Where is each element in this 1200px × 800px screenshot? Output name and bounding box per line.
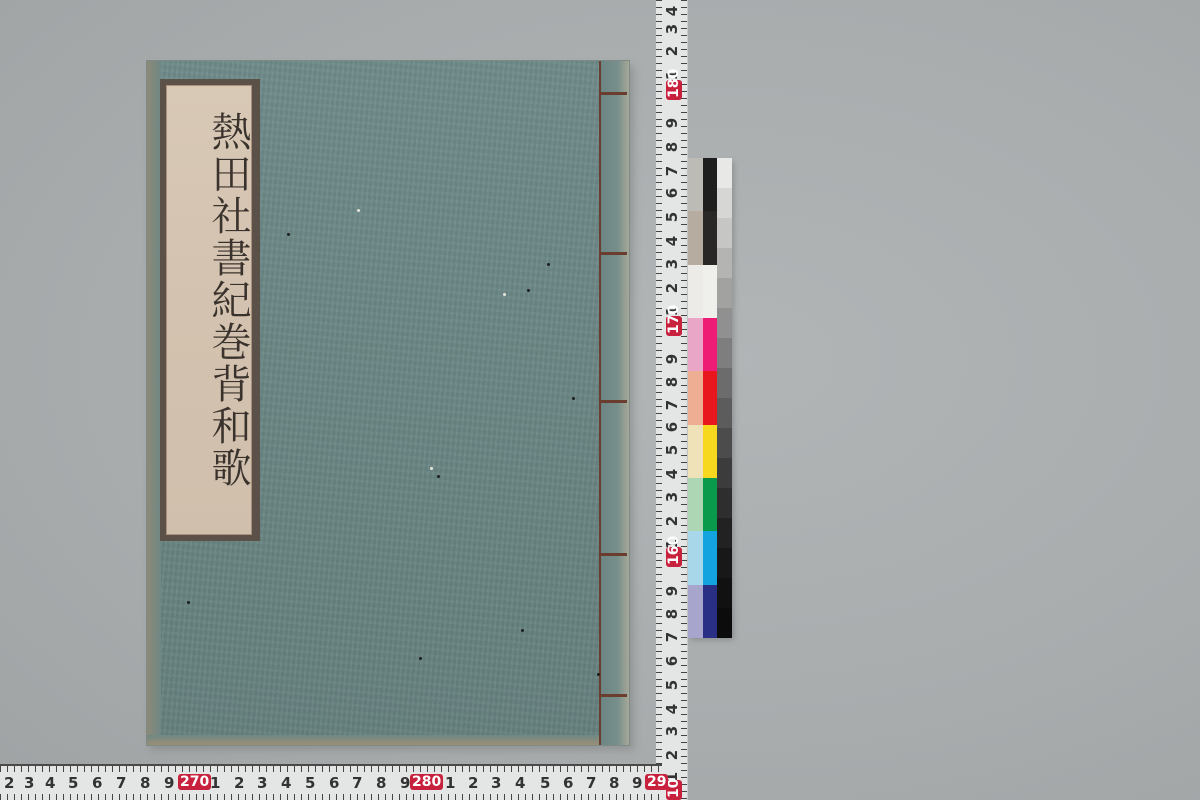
ruler-label: 5 bbox=[305, 774, 315, 792]
ruler-label: 3 bbox=[491, 774, 501, 792]
color-patch bbox=[703, 531, 717, 584]
ruler-label: 270 bbox=[178, 774, 211, 790]
gray-patch bbox=[717, 518, 732, 548]
gray-patch bbox=[717, 548, 732, 578]
ruler-label: 7 bbox=[352, 774, 362, 792]
ruler-label: 8 bbox=[376, 774, 386, 792]
ruler-label: 4 bbox=[515, 774, 525, 792]
ruler-label: 9 bbox=[663, 115, 681, 131]
speck bbox=[430, 467, 433, 470]
gray-patch bbox=[717, 338, 732, 368]
gray-patch bbox=[717, 158, 732, 188]
ruler-label: 3 bbox=[663, 21, 681, 37]
ruler-label: 2 bbox=[663, 747, 681, 763]
ruler-label: 9 bbox=[632, 774, 642, 792]
binding-strip bbox=[601, 61, 629, 745]
ruler-label: 4 bbox=[663, 466, 681, 482]
gray-patch bbox=[717, 608, 732, 638]
ruler-label: 9 bbox=[164, 774, 174, 792]
speck bbox=[357, 209, 360, 212]
color-patch bbox=[688, 158, 703, 211]
color-patch bbox=[703, 371, 717, 424]
ruler-label: 3 bbox=[257, 774, 267, 792]
title-slip: 熱田社書紀巻背和歌 bbox=[166, 85, 252, 535]
ruler-label: 6 bbox=[663, 653, 681, 669]
ruler-label: 10 bbox=[666, 780, 682, 800]
gray-patch bbox=[717, 308, 732, 338]
ruler-label: 170 bbox=[666, 316, 682, 336]
color-patch bbox=[688, 211, 703, 264]
speck bbox=[287, 233, 290, 236]
ruler-label: 8 bbox=[663, 139, 681, 155]
binding-stitch bbox=[599, 252, 627, 255]
binding-thread bbox=[599, 61, 601, 745]
ruler-label: 6 bbox=[92, 774, 102, 792]
ruler-label: 8 bbox=[609, 774, 619, 792]
ruler-label: 2 bbox=[234, 774, 244, 792]
ruler-label: 180 bbox=[666, 80, 682, 100]
ruler-label: 1 bbox=[445, 774, 455, 792]
vertical-ruler: 4321180987654321170987654321160987654321… bbox=[656, 0, 688, 800]
speck bbox=[437, 475, 440, 478]
speck bbox=[419, 657, 422, 660]
color-patch bbox=[688, 478, 703, 531]
binding-stitch bbox=[599, 694, 627, 697]
color-patch bbox=[703, 478, 717, 531]
binding-stitch bbox=[599, 92, 627, 95]
ruler-label: 5 bbox=[663, 677, 681, 693]
color-patch bbox=[703, 265, 717, 318]
speck bbox=[187, 601, 190, 604]
binding-stitch bbox=[599, 553, 627, 556]
speck bbox=[521, 629, 524, 632]
gray-patch bbox=[717, 578, 732, 608]
ruler-label: 8 bbox=[663, 374, 681, 390]
ruler-label: 5 bbox=[663, 442, 681, 458]
gray-patch bbox=[717, 278, 732, 308]
ruler-label: 3 bbox=[24, 774, 34, 792]
book-title: 熱田社書紀巻背和歌 bbox=[167, 100, 251, 500]
color-patch bbox=[703, 158, 717, 211]
gray-patch bbox=[717, 398, 732, 428]
ruler-label: 6 bbox=[663, 185, 681, 201]
ruler-label: 4 bbox=[281, 774, 291, 792]
speck bbox=[547, 263, 550, 266]
ruler-label: 9 bbox=[663, 351, 681, 367]
color-patch bbox=[688, 585, 703, 638]
color-patch bbox=[703, 585, 717, 638]
ruler-label: 4 bbox=[663, 3, 681, 19]
color-patch bbox=[688, 371, 703, 424]
ruler-label: 29 bbox=[645, 774, 668, 790]
ruler-label: 9 bbox=[663, 583, 681, 599]
ruler-label: 1 bbox=[210, 774, 220, 792]
gray-patch bbox=[717, 458, 732, 488]
color-patch bbox=[703, 425, 717, 478]
binding-stitch bbox=[599, 400, 627, 403]
ruler-label: 9 bbox=[400, 774, 410, 792]
book-bottom-edge bbox=[147, 735, 629, 745]
gray-patch bbox=[717, 368, 732, 398]
gray-patch bbox=[717, 188, 732, 218]
ruler-label: 3 bbox=[663, 723, 681, 739]
color-patch bbox=[688, 531, 703, 584]
color-patch bbox=[688, 318, 703, 371]
ruler-label: 4 bbox=[663, 233, 681, 249]
color-patch bbox=[688, 265, 703, 318]
ruler-label: 4 bbox=[45, 774, 55, 792]
book-cover: 熱田社書紀巻背和歌 bbox=[146, 60, 630, 746]
gray-patch bbox=[717, 428, 732, 458]
ruler-label: 2 bbox=[4, 774, 14, 792]
ruler-label: 7 bbox=[663, 397, 681, 413]
color-patch bbox=[703, 318, 717, 371]
ruler-label: 5 bbox=[68, 774, 78, 792]
ruler-label: 6 bbox=[563, 774, 573, 792]
ruler-label: 6 bbox=[329, 774, 339, 792]
ruler-label: 160 bbox=[666, 547, 682, 567]
ruler-label: 7 bbox=[663, 163, 681, 179]
ruler-label: 4 bbox=[663, 701, 681, 717]
ruler-label: 2 bbox=[663, 513, 681, 529]
speck bbox=[572, 397, 575, 400]
ruler-label: 3 bbox=[663, 256, 681, 272]
speck bbox=[503, 293, 506, 296]
gray-patch bbox=[717, 248, 732, 278]
horizontal-ruler: 2345678927012345678928012345678929 bbox=[0, 764, 662, 800]
ruler-label: 6 bbox=[663, 419, 681, 435]
ruler-label: 280 bbox=[410, 774, 443, 790]
gray-patch bbox=[717, 488, 732, 518]
speck bbox=[597, 673, 600, 676]
ruler-label: 8 bbox=[663, 606, 681, 622]
ruler-label: 8 bbox=[140, 774, 150, 792]
ruler-label: 7 bbox=[116, 774, 126, 792]
ruler-label: 3 bbox=[663, 489, 681, 505]
color-calibration-card bbox=[688, 158, 732, 638]
ruler-label: 2 bbox=[663, 280, 681, 296]
ruler-label: 5 bbox=[663, 209, 681, 225]
color-patch bbox=[688, 425, 703, 478]
ruler-label: 7 bbox=[586, 774, 596, 792]
ruler-label: 2 bbox=[663, 43, 681, 59]
book-left-edge bbox=[147, 61, 161, 745]
color-patch bbox=[703, 211, 717, 264]
speck bbox=[527, 289, 530, 292]
ruler-label: 2 bbox=[468, 774, 478, 792]
ruler-label: 5 bbox=[540, 774, 550, 792]
ruler-label: 7 bbox=[663, 629, 681, 645]
gray-patch bbox=[717, 218, 732, 248]
